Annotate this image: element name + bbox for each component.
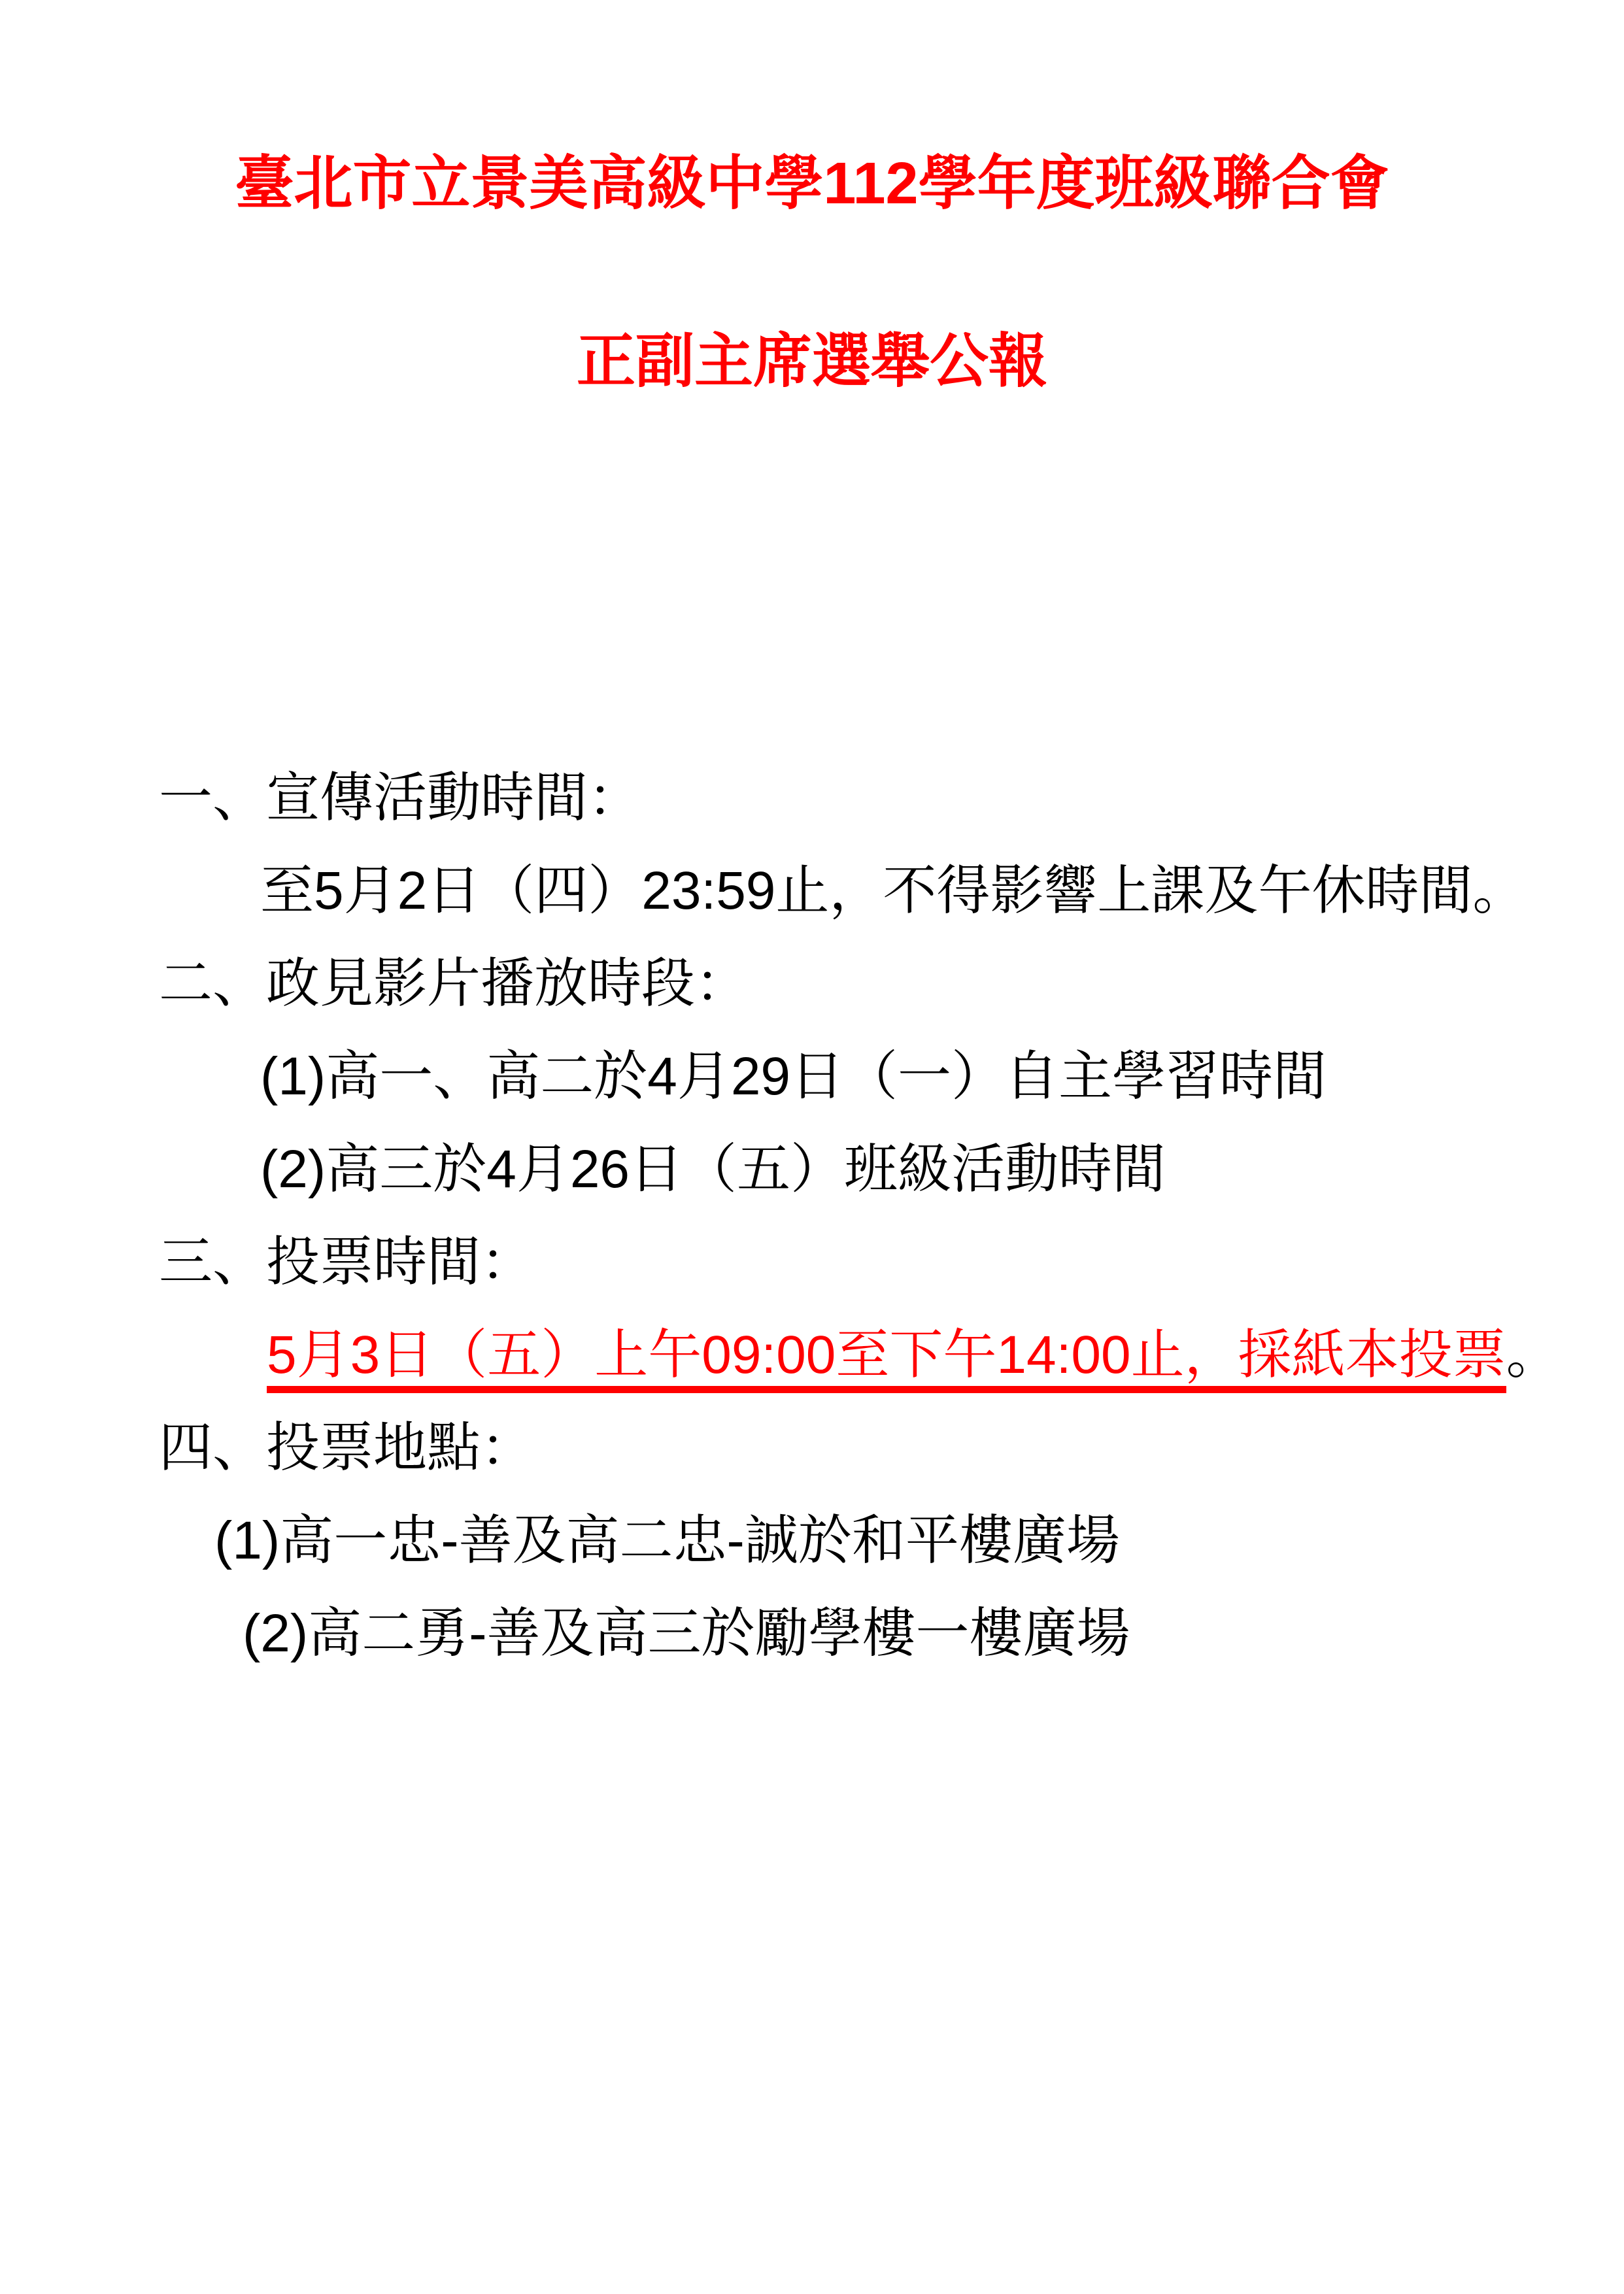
bulletin-page: 臺北市立景美高級中學112學年度班級聯合會 正副主席選舉公報 一、宣傳活動時間：… [0,0,1624,2294]
section-1-item: 至5月2日（四）23:59止，不得影響上課及午休時間。 [159,845,1546,937]
section-2-item-2: (2)高三於4月26日（五）班級活動時間 [159,1123,1546,1216]
section-2-item-1: (1)高一、高二於4月29日（一）自主學習時間 [159,1030,1546,1123]
section-3-highlight-line: 5月3日（五）上午09:00至下午14:00止，採紙本投票。 [159,1309,1546,1402]
document-body: 一、宣傳活動時間： 至5月2日（四）23:59止，不得影響上課及午休時間。 二、… [159,752,1546,1680]
voting-time-period: 。 [1506,1325,1560,1385]
document-title: 臺北市立景美高級中學112學年度班級聯合會 [0,150,1624,218]
section-4-heading: 四、投票地點： [159,1402,1546,1494]
section-2-heading: 二、政見影片播放時段： [159,937,1546,1030]
section-3-heading: 三、投票時間： [159,1216,1546,1309]
section-4-item-1: (1)高一忠-善及高二忠-誠於和平樓廣場 [159,1494,1546,1587]
section-1-heading: 一、宣傳活動時間： [159,752,1546,845]
section-4-item-2: (2)高二勇-善及高三於勵學樓一樓廣場 [159,1587,1546,1680]
document-subtitle: 正副主席選舉公報 [0,328,1624,396]
voting-time-highlight: 5月3日（五）上午09:00至下午14:00止，採紙本投票 [267,1325,1506,1393]
